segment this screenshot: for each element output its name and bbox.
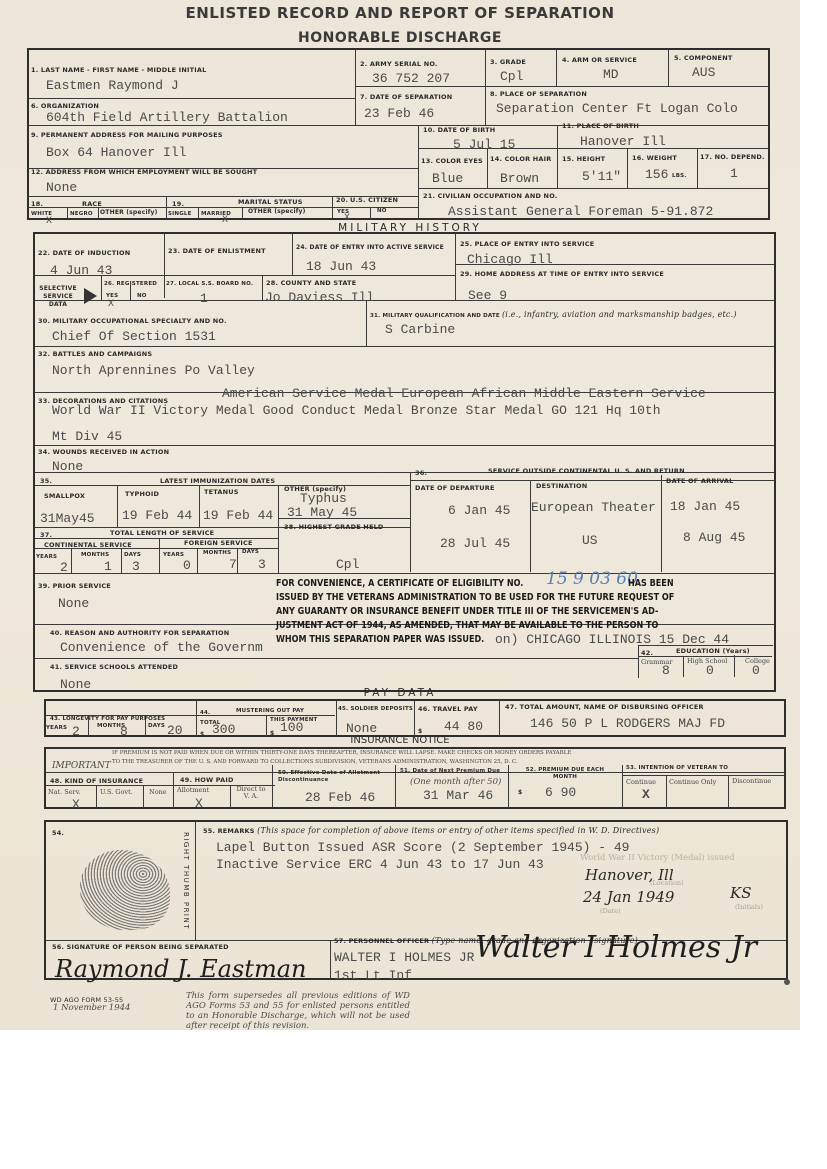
- departure-date-2: 28 Jul 45: [440, 536, 510, 551]
- employment-address-value: None: [46, 180, 77, 195]
- military-qualification-label: 31. MILITARY QUALIFICATION AND DATE (i.e…: [370, 310, 737, 319]
- color-eyes-value: Blue: [432, 171, 463, 186]
- arrival-date-2: 8 Aug 45: [683, 530, 745, 545]
- ss-board-value: 1: [200, 291, 208, 306]
- intention-continue[interactable]: Continue: [626, 778, 656, 786]
- service-outside-number: 36.: [415, 469, 427, 477]
- grade-label: 3. GRADE: [490, 58, 526, 66]
- arm-service-value: MD: [603, 67, 619, 82]
- initials-caption: (Initials): [735, 903, 763, 911]
- allotment-discontinuance-label: 50. Effective Date of Allotment Disconti…: [278, 770, 390, 784]
- battles-value: North Aprennines Po Valley: [52, 363, 255, 378]
- longevity-months: 8: [120, 724, 128, 739]
- how-paid-mark: X: [195, 796, 203, 811]
- insurance-kind-mark: X: [72, 797, 80, 812]
- departure-date-header: DATE OF DEPARTURE: [415, 484, 495, 492]
- date-birth-label: 10. DATE OF BIRTH: [423, 126, 495, 134]
- premium-due-currency: $: [518, 789, 522, 796]
- permanent-address-value: Box 64 Hanover Ill: [46, 145, 186, 160]
- service-outside-title: SERVICE OUTSIDE CONTINENTAL U. S. AND RE…: [488, 467, 685, 475]
- marital-number: 19.: [172, 200, 184, 208]
- remarks-line-1: Lapel Button Issued ASR Score (2 Septemb…: [216, 840, 629, 855]
- departure-date-1: 6 Jan 45: [448, 503, 510, 518]
- intention-continue-only[interactable]: Continue Only: [669, 778, 716, 786]
- total-amount-value: 146 50 P L RODGERS MAJ FD: [530, 716, 725, 731]
- citizen-option-no[interactable]: NO: [377, 208, 387, 214]
- highest-grade-label: 38. HIGHEST GRADE HELD: [284, 523, 384, 531]
- military-qualification-value: S Carbine: [385, 322, 455, 337]
- soldier-deposits-value: None: [346, 721, 377, 736]
- important-label: IMPORTANT: [52, 761, 111, 771]
- insurance-option-us-govt[interactable]: U.S. Govt.: [100, 788, 133, 796]
- eligibility-stamp-line-2: ISSUED BY THE VETERANS ADMINISTRATION TO…: [276, 591, 674, 605]
- tetanus-date: 19 Feb 44: [203, 508, 273, 523]
- personnel-officer-signature: Walter I Holmes Jr: [475, 930, 757, 965]
- next-premium-value: 31 Mar 46: [423, 788, 493, 803]
- continental-years: 2: [60, 560, 68, 575]
- battles-label: 32. BATTLES AND CAMPAIGNS: [38, 350, 152, 358]
- next-premium-label: 51. Date of Next Premium Due: [400, 768, 500, 774]
- county-state-label: 28. COUNTY AND STATE: [266, 279, 356, 287]
- longevity-days-label: DAYS: [148, 723, 165, 729]
- arm-service-label: 4. ARM OR SERVICE: [562, 56, 637, 64]
- date-separation-value: 23 Feb 46: [364, 106, 434, 121]
- education-number: 42.: [641, 649, 653, 657]
- active-service-date-label: 24. DATE OF ENTRY INTO ACTIVE SERVICE: [296, 244, 444, 251]
- race-option-negro[interactable]: NEGRO: [70, 211, 93, 217]
- eligibility-stamp-line-5: WHOM THIS SEPARATION PAPER WAS ISSUED.: [276, 633, 484, 647]
- weight-unit: LBS.: [672, 173, 687, 179]
- foreign-years: 0: [183, 558, 191, 573]
- dependents-label: 17. NO. DEPEND.: [700, 153, 765, 161]
- enlistment-date-label: 23. DATE OF ENLISTMENT: [168, 247, 266, 255]
- remarks-faded-text: World War II Victory (Medal) issued: [580, 853, 735, 863]
- travel-pay-currency: $: [418, 728, 422, 735]
- eligibility-stamp-line-1: FOR CONVENIENCE, A CERTIFICATE OF ELIGIB…: [276, 577, 523, 591]
- insurance-notice-title: INSURANCE NOTICE: [290, 735, 510, 746]
- education-highschool-value: 0: [706, 663, 714, 678]
- remarks-label: 55. REMARKS (This space for completion o…: [203, 826, 659, 835]
- separated-signature-label: 56. SIGNATURE OF PERSON BEING SEPARATED: [52, 943, 229, 951]
- color-hair-value: Brown: [500, 171, 539, 186]
- separation-reason-value: Convenience of the Governm: [60, 640, 263, 655]
- service-length-number: 37.: [40, 531, 52, 539]
- longevity-days: 20: [167, 723, 183, 738]
- longevity-label: 43. LONGEVITY FOR PAY PURPOSES: [50, 716, 165, 722]
- immunization-number: 35.: [40, 477, 52, 485]
- allotment-discontinuance-value: 28 Feb 46: [305, 790, 375, 805]
- how-paid-label: 49. HOW PAID: [180, 776, 234, 784]
- citizen-number: 20.: [336, 196, 348, 204]
- weight-label: 16. WEIGHT: [632, 154, 677, 162]
- foreign-months: 7: [229, 557, 237, 572]
- foreign-years-label: YEARS: [163, 552, 184, 558]
- mustering-out-number: 44.: [200, 710, 210, 716]
- component-label: 5. COMPONENT: [674, 54, 732, 62]
- wounds-value: None: [52, 459, 83, 474]
- travel-pay-value: 44 80: [444, 719, 483, 734]
- race-mark: X: [46, 216, 52, 227]
- education-college-value: 0: [752, 663, 760, 678]
- marital-option-other[interactable]: OTHER (specify): [248, 208, 306, 215]
- permanent-address-label: 9. PERMANENT ADDRESS FOR MAILING PURPOSE…: [31, 131, 223, 139]
- date-caption: (Date): [600, 907, 621, 915]
- tetanus-label: TETANUS: [204, 488, 239, 496]
- continental-days: 3: [132, 559, 140, 574]
- union-label-icon: [784, 979, 790, 985]
- marital-option-single[interactable]: SINGLE: [168, 211, 192, 217]
- mos-value: Chief Of Section 1531: [52, 329, 216, 344]
- service-schools-value: None: [60, 677, 91, 692]
- longevity-years-label: YEARS: [46, 725, 67, 731]
- veteran-intention-label: 53. INTENTION OF VETERAN TO: [626, 765, 728, 771]
- foreign-days: 3: [258, 557, 266, 572]
- separated-person-signature: Raymond J. Eastman: [55, 955, 306, 983]
- next-premium-note: (One month after 50): [410, 777, 501, 787]
- home-address-value: See 9: [468, 288, 507, 303]
- eligibility-stamp-line-4: JUSTMENT ACT OF 1944, AS AMENDED, THAT M…: [276, 619, 658, 633]
- destination-header: DESTINATION: [536, 482, 587, 490]
- premium-due-value: 6 90: [545, 785, 576, 800]
- active-service-date-value: 18 Jun 43: [306, 259, 376, 274]
- weight-value: 156: [645, 167, 668, 182]
- intention-mark: X: [642, 787, 650, 802]
- typhoid-date: 19 Feb 44: [122, 508, 192, 523]
- pay-data-title: PAY DATA: [300, 687, 500, 699]
- premium-due-label: 52. PREMIUM DUE EACH MONTH: [515, 767, 615, 781]
- registered-no[interactable]: NO: [137, 293, 147, 299]
- selective-service-label: SELECTIVE SERVICE DATA: [37, 285, 79, 309]
- service-length-title: TOTAL LENGTH OF SERVICE: [110, 529, 214, 537]
- foreign-service-title: FOREIGN SERVICE: [184, 539, 253, 547]
- race-title: RACE: [82, 200, 102, 208]
- eligibility-stamp-line-3: ANY GUARANTY OR INSURANCE BENEFIT UNDER …: [276, 605, 658, 619]
- right-thumb-print-label: RIGHT THUMB PRINT: [182, 832, 190, 930]
- county-state-value: Jo Daviess Ill: [265, 290, 374, 305]
- place-separation-label: 8. PLACE OF SEPARATION: [490, 90, 587, 98]
- home-address-label: 29. HOME ADDRESS AT TIME OF ENTRY INTO S…: [460, 270, 664, 278]
- serial-no-value: 36 752 207: [372, 71, 450, 86]
- color-hair-label: 14. COLOR HAIR: [490, 155, 551, 163]
- location-caption: (Location): [650, 879, 684, 887]
- prior-service-label: 39. PRIOR SERVICE: [38, 582, 111, 590]
- eligibility-stamp-has-been: HAS BEEN: [628, 577, 674, 591]
- remarks-line-2: Inactive Service ERC 4 Jun 43 to 17 Jun …: [216, 857, 544, 872]
- mustering-out-title: MUSTERING OUT PAY: [236, 708, 304, 714]
- supersedes-notice: This form supersedes all previous editio…: [186, 991, 410, 1031]
- induction-date-value: 4 Jun 43: [50, 263, 112, 278]
- arrow-right-icon: [84, 288, 97, 304]
- component-value: AUS: [692, 65, 715, 80]
- longevity-years: 2: [72, 724, 80, 739]
- place-separation-value: Separation Center Ft Logan Colo: [496, 101, 738, 116]
- smallpox-date: 31May45: [40, 511, 95, 526]
- prior-service-value: None: [58, 596, 89, 611]
- total-amount-label: 47. TOTAL AMOUNT, NAME OF DISBURSING OFF…: [505, 703, 704, 711]
- continental-days-label: DAYS: [124, 552, 141, 558]
- place-entry-label: 25. PLACE OF ENTRY INTO SERVICE: [460, 240, 594, 248]
- highest-grade-value: Cpl: [336, 557, 359, 572]
- arrival-date-header: DATE OF ARRIVAL: [666, 477, 734, 485]
- date-birth-value: 5 Jul 15: [453, 137, 515, 152]
- mustering-this-currency: $: [270, 730, 274, 737]
- organization-value: 604th Field Artillery Battalion: [46, 110, 288, 125]
- immunization-title: LATEST IMMUNIZATION DATES: [160, 477, 275, 485]
- typhoid-label: TYPHOID: [125, 490, 159, 498]
- marital-mark: X: [222, 215, 228, 226]
- height-label: 15. HEIGHT: [562, 155, 605, 163]
- induction-date-label: 22. DATE OF INDUCTION: [38, 249, 130, 257]
- decorations-line-1: American Service Medal European African …: [222, 386, 706, 401]
- grade-value: Cpl: [500, 69, 523, 84]
- continental-months-label: MONTHS: [81, 552, 109, 558]
- insurance-option-none[interactable]: None: [149, 788, 167, 796]
- place-entry-value: Chicago Ill: [467, 252, 553, 267]
- education-title: EDUCATION (Years): [676, 647, 750, 655]
- how-paid-direct[interactable]: Direct to V. A.: [234, 786, 268, 800]
- dependents-value: 1: [730, 166, 738, 181]
- remarks-handwritten-initials: KS: [730, 884, 751, 902]
- wounds-label: 34. WOUNDS RECEIVED IN ACTION: [38, 448, 169, 456]
- document-subtitle: HONORABLE DISCHARGE: [200, 30, 600, 46]
- mustering-total-currency: $: [200, 731, 204, 738]
- civilian-occupation-value: Assistant General Foreman 5-91.872: [448, 204, 713, 219]
- place-birth-value: Hanover Ill: [580, 134, 666, 149]
- decorations-line-3: Mt Div 45: [52, 429, 122, 444]
- service-schools-label: 41. SERVICE SCHOOLS ATTENDED: [50, 663, 178, 671]
- decorations-line-2: World War II Victory Medal Good Conduct …: [52, 403, 661, 418]
- form-date: 1 November 1944: [53, 1003, 130, 1013]
- continental-service-title: CONTINENTAL SERVICE: [44, 541, 132, 549]
- insurance-option-nat-serv[interactable]: Nat. Serv.: [48, 788, 81, 796]
- discharge-document: ENLISTED RECORD AND REPORT OF SEPARATION…: [0, 0, 800, 1030]
- smallpox-label: SMALLPOX: [44, 492, 85, 500]
- certificate-number: 15 9 03 60: [546, 569, 638, 589]
- arrival-date-1: 18 Jan 45: [670, 499, 740, 514]
- date-separation-label: 7. DATE OF SEPARATION: [360, 93, 452, 101]
- registered-mark: X: [108, 299, 114, 310]
- last-first-name-label: 1. LAST NAME - FIRST NAME - MIDDLE INITI…: [31, 66, 206, 74]
- personnel-officer-name: WALTER I HOLMES JR: [334, 950, 474, 965]
- separation-reason-label: 40. REASON AND AUTHORITY FOR SEPARATION: [50, 629, 229, 637]
- citizen-title: U.S. CITIZEN: [350, 196, 398, 204]
- document-title: ENLISTED RECORD AND REPORT OF SEPARATION: [120, 4, 680, 22]
- foreign-months-label: MONTHS: [203, 550, 231, 556]
- insurance-kind-label: 48. KIND OF INSURANCE: [50, 777, 143, 785]
- mos-label: 30. MILITARY OCCUPATIONAL SPECIALTY AND …: [38, 317, 227, 325]
- insurance-notice-line-1: IF PREMIUM IS NOT PAID WHEN DUE OR WITHI…: [112, 750, 571, 756]
- organization-label: 6. ORGANIZATION: [31, 102, 99, 110]
- continental-years-label: YEARS: [36, 554, 57, 560]
- serial-no-label: 2. ARMY SERIAL NO.: [360, 60, 438, 68]
- mustering-this-payment-value: 100: [280, 720, 303, 735]
- full-name-value: Eastmen Raymond J: [46, 78, 179, 93]
- place-birth-label: 11. PLACE OF BIRTH: [562, 122, 639, 130]
- remarks-handwritten-date: 24 Jan 1949: [583, 888, 674, 906]
- marital-title: MARITAL STATUS: [238, 198, 303, 206]
- other-immunization-name: Typhus: [300, 491, 347, 506]
- destination-1: European Theater: [531, 500, 656, 515]
- how-paid-allotment[interactable]: Allotment: [177, 786, 209, 794]
- soldier-deposits-label: 45. SOLDIER DEPOSITS: [338, 706, 413, 712]
- continental-months: 1: [104, 559, 112, 574]
- foreign-days-label: DAYS: [242, 549, 259, 555]
- education-grammar-value: 8: [662, 663, 670, 678]
- travel-pay-label: 46. TRAVEL PAY: [418, 705, 478, 713]
- registered-label: 26. REGISTERED: [104, 281, 157, 287]
- race-number: 18.: [31, 200, 43, 208]
- thumbprint-number: 54.: [52, 829, 64, 837]
- height-value: 5'11": [582, 169, 621, 184]
- race-option-other[interactable]: OTHER (specify): [100, 209, 158, 216]
- color-eyes-label: 13. COLOR EYES: [421, 157, 483, 165]
- destination-2: US: [582, 533, 598, 548]
- intention-discontinue[interactable]: Discontinue: [732, 777, 771, 785]
- employment-address-label: 12. ADDRESS FROM WHICH EMPLOYMENT WILL B…: [31, 168, 257, 176]
- personnel-officer-grade: 1st Lt Inf: [334, 968, 412, 983]
- mustering-total-value: 300: [212, 722, 235, 737]
- insurance-notice-line-2: TO THE TREASURER OF THE U. S. AND FORWAR…: [112, 759, 518, 765]
- civilian-occupation-label: 21. CIVILIAN OCCUPATION AND NO.: [423, 192, 557, 200]
- other-immunization-date: 31 May 45: [287, 505, 357, 520]
- ss-board-label: 27. LOCAL S.S. BOARD NO.: [166, 281, 253, 287]
